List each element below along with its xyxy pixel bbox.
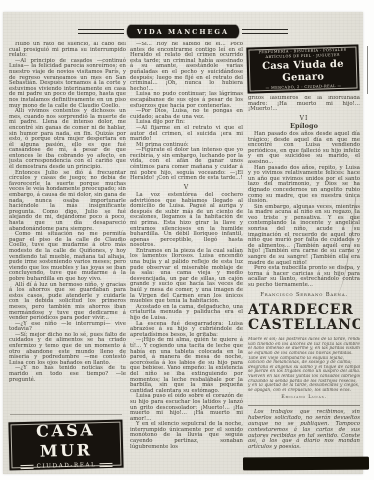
ad-casa-mur: CASA MUR CIUDAD-REAL: [8, 420, 123, 471]
left-column-end-rule: [10, 414, 122, 415]
divider-rule: [248, 405, 360, 406]
paragraph: La voz estentórea del cochero advirtióno…: [130, 193, 243, 249]
dash-ornament-right: [99, 463, 112, 468]
poem: Muere el sol; las postreras luces de la …: [248, 337, 360, 392]
paragraph: Como mi situación no me permitía pagar e…: [9, 232, 126, 282]
ad-genaro-frame: PERFUMERÍA - BISUTERÍA - POSTALES ARTÍCU…: [248, 47, 357, 92]
paragraph: —¿Y no has tenido noticias de tu marido …: [9, 366, 126, 383]
column-middle-top: —Sí... Hoy he sabido de él... Poco antes…: [130, 42, 243, 182]
poem-line: se apagan, con el crepúsculo, los último…: [248, 388, 360, 393]
column-left: Hubo un rato de silencio, al cabo del cu…: [9, 42, 126, 413]
ad-casa-mur-name: CASA MUR: [11, 420, 120, 463]
paragraph: Entramos en la pieza de la cual salían l…: [130, 249, 243, 305]
scanned-newspaper-page: VIDA MANCHEGA Hubo un rato de silencio, …: [0, 0, 374, 480]
article-title: ATARDECER CASTELLANO: [248, 303, 360, 332]
paragraph: —Figúrate el dolor tan intenso que yo re…: [130, 148, 243, 182]
paragraph: Luisa puso el oído sobre el corazón de s…: [130, 394, 243, 422]
paragraph: —Al principio de casados —continuó Luisa…: [9, 59, 126, 109]
epilogue-title: Epílogo: [248, 124, 360, 130]
editor-notice: Los trabajos que recibimos, sin haberlos…: [248, 410, 360, 451]
ad-casa-mur-frame: CASA MUR CIUDAD-REAL: [10, 422, 121, 469]
paragraph: Han pasado dos años desde aquel día trág…: [248, 132, 360, 166]
paragraph: —Sí... Hoy he sabido de él... Poco antes…: [130, 42, 243, 92]
paragraph: Hubo un rato de silencio, al cabo del cu…: [9, 42, 126, 59]
paragraph: Allí dí á luz un hermoso niño, y gracias…: [9, 283, 126, 322]
continuation-paragraph: gritos lastimeros de la infortunada madr…: [248, 96, 360, 113]
dash-ornament-left: [21, 465, 34, 470]
paragraph: Y en el silencio sepulcral de la noche, …: [130, 422, 243, 450]
author-signature: Francisco Serrano Baena.: [248, 293, 360, 299]
column-middle: —Sí... Hoy he sabido de él... Poco antes…: [130, 42, 243, 471]
ad-genaro-name: Casa Viuda de Genaro: [250, 58, 357, 85]
masthead-banner: VIDA MANCHEGA: [58, 25, 308, 38]
paragraph: —¡Hijo de mi alma, quién te quiere á tí!…: [130, 338, 243, 394]
ad-casa-viuda-genaro: PERFUMERÍA - BISUTERÍA - POSTALES ARTÍCU…: [246, 44, 359, 93]
masthead-rule-right: [242, 29, 288, 34]
paragraph: Entonces Julio se dió á frecuentar círcu…: [9, 171, 126, 233]
section-marker-v: V: [130, 185, 243, 191]
masthead-title: VIDA MANCHEGA: [127, 25, 239, 38]
paragraph: —Al fijarme en el retrato vi que el auto…: [130, 126, 243, 143]
paragraph: La escena fué desgarradora: Luisa abrazó…: [130, 322, 243, 339]
poem-signature: Emiliano Lucas.: [248, 395, 360, 401]
article-title-line1: ATARDECER: [248, 303, 360, 318]
bottom-ad-bar: [243, 457, 369, 471]
page-edge-line: [367, 46, 368, 94]
paragraph: Luisa no pudo continuar; las lágrimas es…: [130, 92, 243, 109]
paragraph: Acostado en la cama, delgaducho, una cri…: [130, 305, 243, 322]
paragraph: Allí vivimos contentos y dichosos un mes…: [9, 109, 126, 171]
article-title-line2: CASTELLANO: [248, 318, 360, 333]
column-middle-bottom: La voz estentórea del cochero advirtióno…: [130, 193, 243, 450]
paragraph: —Sí; mejor dicho no lo sé, pues falto de…: [9, 333, 126, 367]
masthead-rule-left: [78, 29, 124, 34]
